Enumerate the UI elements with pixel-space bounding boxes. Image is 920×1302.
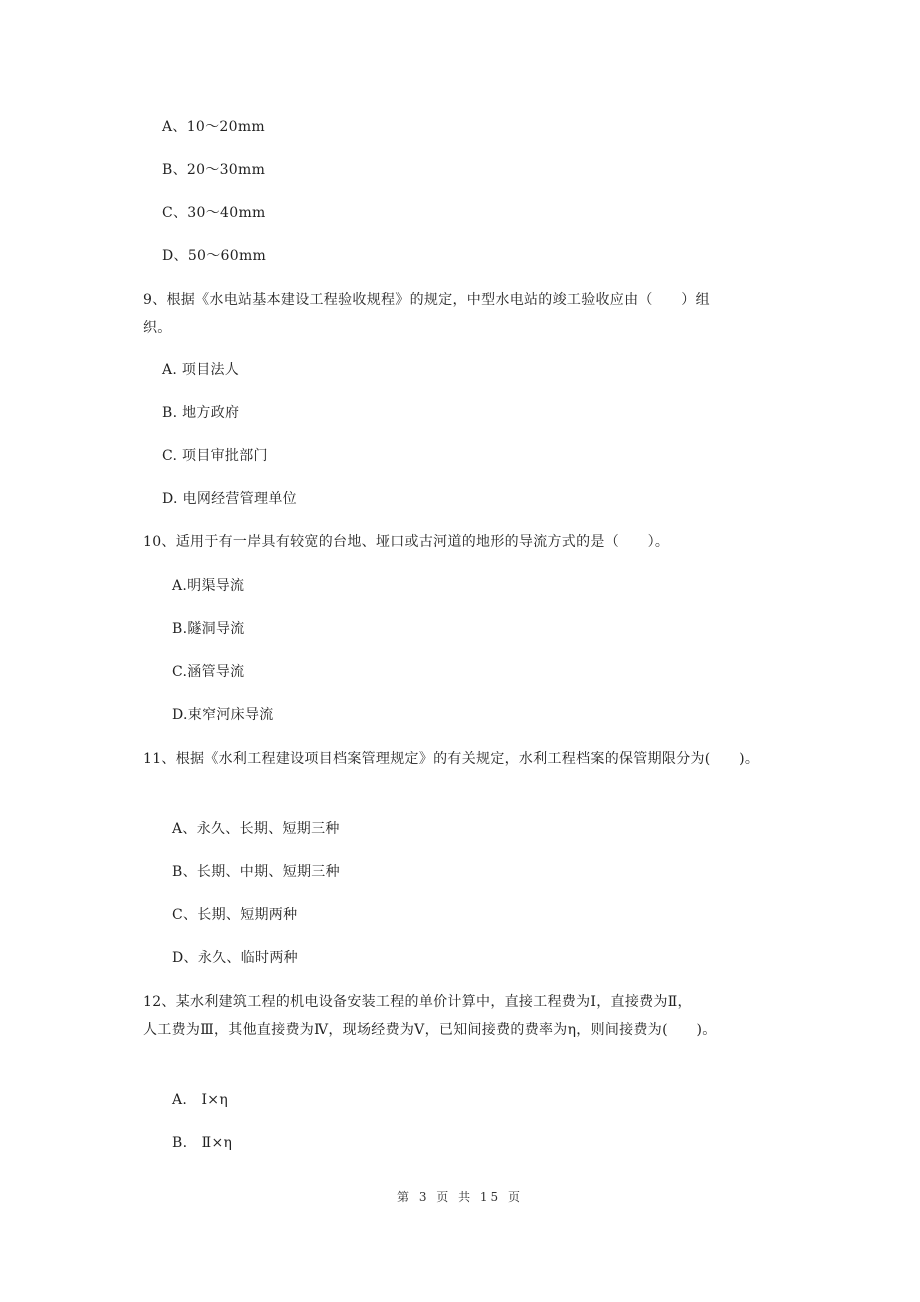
question-11-option-b: B、长期、中期、短期三种 (172, 862, 340, 882)
question-10-option-c: C.涵管导流 (172, 662, 244, 682)
question-12-stem-line-2: 人工费为Ⅲ，其他直接费为Ⅳ，现场经费为Ⅴ，已知间接费的费率为η，则间接费为( )… (143, 1020, 717, 1040)
question-12-option-b: B. Ⅱ×η (172, 1133, 232, 1153)
question-10-option-a: A.明渠导流 (172, 576, 244, 596)
question-11-option-c: C、长期、短期两种 (172, 905, 297, 925)
question-9-stem-line-2: 织。 (143, 318, 172, 338)
question-10-option-d: D.束窄河床导流 (172, 705, 274, 725)
option-a: A、10～20mm (162, 117, 265, 137)
question-10-option-b: B.隧洞导流 (172, 619, 245, 639)
question-11-stem: 11、根据《水利工程建设项目档案管理规定》的有关规定，水利工程档案的保管期限分为… (143, 749, 759, 769)
option-c: C、30～40mm (162, 203, 266, 223)
question-9-option-d: D. 电网经营管理单位 (162, 489, 297, 509)
question-9-option-b: B. 地方政府 (162, 403, 239, 423)
question-11-option-d: D、永久、临时两种 (172, 948, 298, 968)
question-12-option-a: A. Ⅰ×η (172, 1090, 228, 1110)
question-9-option-a: A. 项目法人 (162, 360, 239, 380)
document-page: A、10～20mm B、20～30mm C、30～40mm D、50～60mm … (0, 0, 920, 1302)
question-11-option-a: A、永久、长期、短期三种 (172, 819, 340, 839)
question-12-stem-line-1: 12、某水利建筑工程的机电设备安装工程的单价计算中，直接工程费为Ⅰ，直接费为Ⅱ， (143, 992, 692, 1012)
option-d: D、50～60mm (162, 246, 266, 266)
question-9-option-c: C. 项目审批部门 (162, 446, 268, 466)
page-number-footer: 第 3 页 共 15 页 (0, 1188, 920, 1205)
question-10-stem: 10、适用于有一岸具有较宽的台地、垭口或古河道的地形的导流方式的是（ ）。 (143, 532, 669, 552)
question-9-stem-line-1: 9、根据《水电站基本建设工程验收规程》的规定，中型水电站的竣工验收应由（ ）组 (143, 290, 710, 310)
option-b: B、20～30mm (162, 160, 265, 180)
